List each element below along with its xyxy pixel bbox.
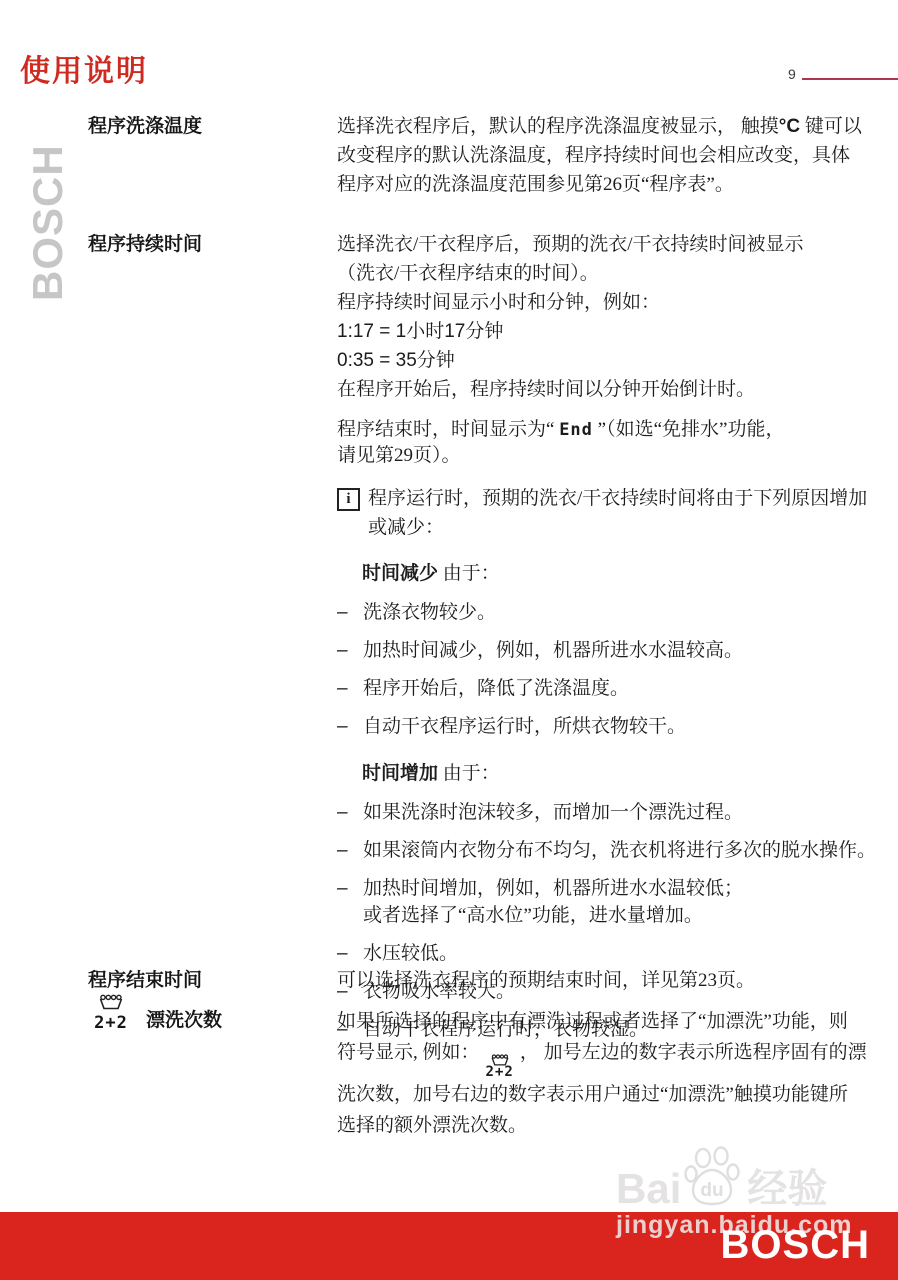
bullet-dash: – (337, 637, 363, 664)
paragraph-line: 程序持续时间显示小时和分钟，例如： (337, 288, 890, 317)
paragraph-line: 选择洗衣/干衣程序后，预期的洗衣/干衣持续时间被显示 (337, 230, 890, 259)
list-item-text: 水压较低。 (363, 940, 890, 967)
bullet-dash: – (337, 940, 363, 967)
list-item: –加热时间减少，例如，机器所进水水温较高。 (337, 637, 890, 664)
text-run: 选择洗衣程序后，默认的程序洗涤温度被显示， 触摸 (337, 116, 779, 137)
list-item-text: 如果滚筒内衣物分布不均匀，洗衣机将进行多次的脱水操作。 (363, 837, 890, 864)
page-number: 9 (788, 66, 796, 82)
list-item-text: 洗涤衣物较少。 (363, 599, 890, 626)
list-item-text: 加热时间增加，例如，机器所进水水温较低； 或者选择了“高水位”功能，进水量增加。 (363, 875, 890, 929)
baidu-paw-icon: du (683, 1146, 741, 1211)
paragraph-line: （洗衣/干衣程序结束的时间）。 (337, 259, 890, 288)
list-item-text: 如果洗涤时泡沫较多，而增加一个漂洗过程。 (363, 799, 890, 826)
rinse-count-value: 2+2 (94, 1009, 128, 1038)
paragraph-line: 洗次数，加号右边的数字表示用户通过“加漂洗”触摸功能键所 (337, 1079, 890, 1110)
list-item: –洗涤衣物较少。 (337, 599, 890, 626)
duration-example-2: 0:35 = 35分钟 (337, 346, 890, 375)
text-run: 或减少： (368, 517, 444, 538)
duration-example-1: 1:17 = 1小时17分钟 (337, 317, 890, 346)
section-program-end-time: 程序结束时间 可以选择洗衣程序的预期结束时间，详见第23页。 (88, 966, 890, 995)
watermark-brand: Bai (616, 1169, 681, 1209)
list-item: –如果洗涤时泡沫较多，而增加一个漂洗过程。 (337, 799, 890, 826)
list-item-text: 加热时间减少，例如，机器所进水水温较高。 (363, 637, 890, 664)
end-display-value: End (559, 420, 593, 440)
section-rinse-count: 2+2 漂洗次数 如果所选择的程序中有漂洗过程或者选择了“加漂洗”功能，则 符号… (88, 1006, 890, 1141)
text-run: 程序结束时，时间显示为“ (337, 419, 559, 440)
list-item-text: 自动干衣程序运行时，所烘衣物较干。 (363, 713, 890, 740)
paragraph-line: 如果所选择的程序中有漂洗过程或者选择了“加漂洗”功能，则 (337, 1006, 890, 1037)
page-number-rule (802, 78, 898, 80)
text-run: 符号显示, 例如： (337, 1042, 480, 1063)
paragraph-line: 在程序开始后，程序持续时间以分钟开始倒计时。 (337, 375, 890, 404)
section-body: 选择洗衣程序后，默认的程序洗涤温度被显示， 触摸°C 键可以 改变程序的默认洗涤… (337, 112, 890, 199)
section-label: 程序洗涤温度 (88, 112, 337, 199)
bullet-dash: – (337, 837, 363, 864)
paragraph-line: 改变程序的默认洗涤温度，程序持续时间也会相应改变，具体 (337, 141, 890, 170)
bullet-dash: – (337, 713, 363, 740)
info-icon: i (337, 488, 360, 511)
paragraph-line: 程序对应的洗涤温度范围参见第26页“程序表”。 (337, 170, 890, 199)
bullet-dash: – (337, 599, 363, 626)
list-item: –加热时间增加，例如，机器所进水水温较低； 或者选择了“高水位”功能，进水量增加… (337, 875, 890, 929)
bullet-dash: – (337, 675, 363, 702)
list-item-text: 程序开始后，降低了洗涤温度。 (363, 675, 890, 702)
section-label-block: 2+2 漂洗次数 (88, 1006, 337, 1141)
rinse-tub-icon (96, 994, 126, 1010)
manual-page: 使用说明 9 BOSCH 程序洗涤温度 选择洗衣程序后，默认的程序洗涤温度被显示… (0, 0, 898, 1280)
section-label: 漂洗次数 (146, 1006, 222, 1035)
time-decrease-heading: 时间减少 由于： (362, 559, 890, 588)
info-text: 程序运行时，预期的洗衣/干衣持续时间将由于下列原因增加 或减少： (368, 484, 867, 542)
text-run: ”（如选“免排水”功能， (593, 419, 785, 440)
page-title: 使用说明 (20, 46, 148, 90)
text-run: ， 加号左边的数字表示所选程序固有的漂 (520, 1042, 867, 1063)
section-body: 可以选择洗衣程序的预期结束时间，详见第23页。 (337, 966, 890, 995)
section-label: 程序结束时间 (88, 966, 337, 995)
bullet-dash: – (337, 875, 363, 929)
rinse-symbol: 2+2 (88, 994, 134, 1038)
subhead-suffix: 由于： (438, 563, 500, 584)
text-run: 键可以 (800, 116, 862, 137)
text-run: 程序运行时，预期的洗衣/干衣持续时间将由于下列原因增加 (368, 488, 867, 509)
time-increase-heading: 时间增加 由于： (362, 759, 890, 788)
subhead-title: 时间减少 (362, 563, 438, 584)
bosch-side-logo: BOSCH (24, 105, 70, 301)
watermark-suffix: 经验 (747, 1169, 827, 1209)
subhead-suffix: 由于： (438, 763, 500, 784)
temperature-key-symbol: °C (779, 116, 800, 137)
rinse-symbol-inline: 2+2 (486, 1054, 514, 1079)
text-run: 请见第29页）。 (337, 445, 461, 466)
list-item: –水压较低。 (337, 940, 890, 967)
section-label: 程序持续时间 (88, 230, 337, 1043)
paragraph-line: 符号显示, 例如：2+2， 加号左边的数字表示所选程序固有的漂 (337, 1037, 890, 1079)
bullet-dash: – (337, 799, 363, 826)
list-item: –自动干衣程序运行时，所烘衣物较干。 (337, 713, 890, 740)
list-item: –如果滚筒内衣物分布不均匀，洗衣机将进行多次的脱水操作。 (337, 837, 890, 864)
subhead-title: 时间增加 (362, 763, 438, 784)
end-display-paragraph: 程序结束时，时间显示为“ End ”（如选“免排水”功能， 请见第29页）。 (337, 417, 890, 469)
bosch-footer-logo: BOSCH (721, 1223, 870, 1268)
list-item: –程序开始后，降低了洗涤温度。 (337, 675, 890, 702)
section-program-duration: 程序持续时间 选择洗衣/干衣程序后，预期的洗衣/干衣持续时间被显示 （洗衣/干衣… (88, 230, 890, 1043)
info-note: i 程序运行时，预期的洗衣/干衣持续时间将由于下列原因增加 或减少： (337, 484, 890, 542)
rinse-count-value: 2+2 (486, 1065, 514, 1079)
section-body: 如果所选择的程序中有漂洗过程或者选择了“加漂洗”功能，则 符号显示, 例如：2+… (337, 1006, 890, 1141)
paragraph-line: 可以选择洗衣程序的预期结束时间，详见第23页。 (337, 966, 890, 995)
section-body: 选择洗衣/干衣程序后，预期的洗衣/干衣持续时间被显示 （洗衣/干衣程序结束的时间… (337, 230, 890, 1043)
paragraph-line: 选择的额外漂洗次数。 (337, 1110, 890, 1141)
svg-text:du: du (701, 1180, 724, 1201)
page-number-block: 9 (788, 66, 898, 82)
section-wash-temperature: 程序洗涤温度 选择洗衣程序后，默认的程序洗涤温度被显示， 触摸°C 键可以 改变… (88, 112, 890, 199)
paragraph-line: 选择洗衣程序后，默认的程序洗涤温度被显示， 触摸°C 键可以 (337, 112, 890, 141)
